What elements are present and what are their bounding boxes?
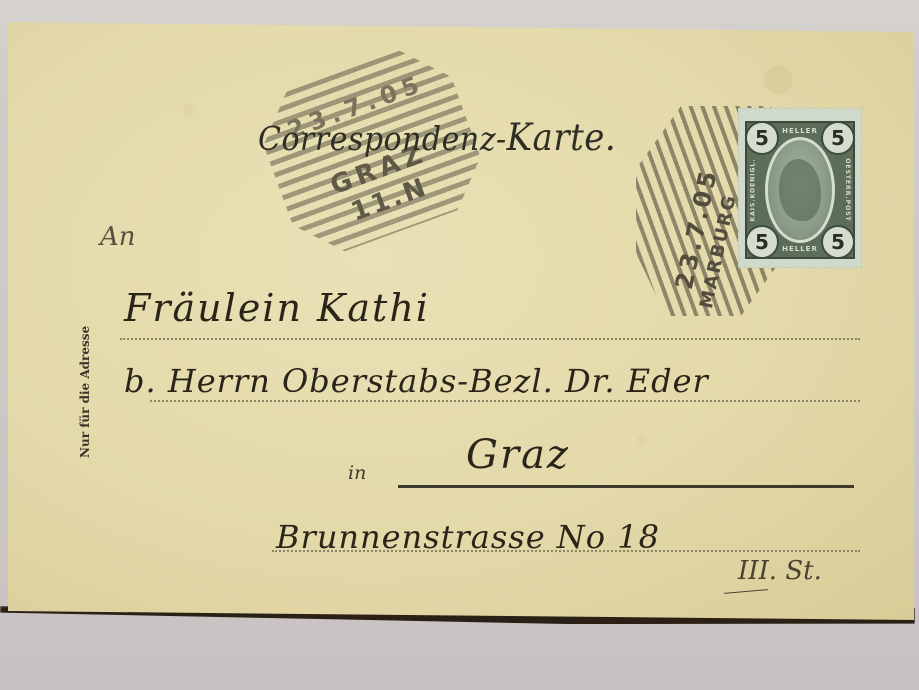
stamp-left-label: KAIS.KOENIGL. xyxy=(750,159,757,222)
title-suffix: Karte. xyxy=(507,116,617,160)
emperor-portrait-icon xyxy=(779,159,821,221)
address-only-note: Nur für die Adresse xyxy=(78,326,92,458)
city-line xyxy=(398,485,854,488)
address-line-1 xyxy=(120,338,860,340)
stamp-frame: HELLER HELLER KAIS.KOENIGL. OESTERR.POST… xyxy=(745,121,855,259)
recipient-care-of: b. Herrn Oberstabs-Bezl. Dr. Eder xyxy=(124,362,709,400)
stamp-value: 5 xyxy=(821,121,855,155)
recipient-street: Brunnenstrasse No 18 xyxy=(276,518,660,556)
stamp-value: 5 xyxy=(745,225,779,259)
stamp-value: 5 xyxy=(821,225,855,259)
stamp-portrait-oval xyxy=(765,137,835,243)
stamp-right-label: OESTERR.POST xyxy=(844,158,851,221)
recipient-city: Graz xyxy=(466,432,570,478)
city-label: in xyxy=(348,462,366,484)
address-line-2 xyxy=(150,400,860,402)
card-title: Correspondenz-Karte. xyxy=(258,116,616,160)
title-prefix: Correspondenz- xyxy=(258,120,507,158)
addressee-label: An xyxy=(100,222,136,252)
recipient-floor: III. St. xyxy=(738,556,822,586)
stamp-value: 5 xyxy=(745,121,779,155)
photo-scene: 23.7.05 GRAZ 11.N Correspondenz-Karte. 2… xyxy=(0,0,919,690)
recipient-name: Fräulein Kathi xyxy=(124,286,430,330)
postage-stamp: HELLER HELLER KAIS.KOENIGL. OESTERR.POST… xyxy=(738,108,862,268)
